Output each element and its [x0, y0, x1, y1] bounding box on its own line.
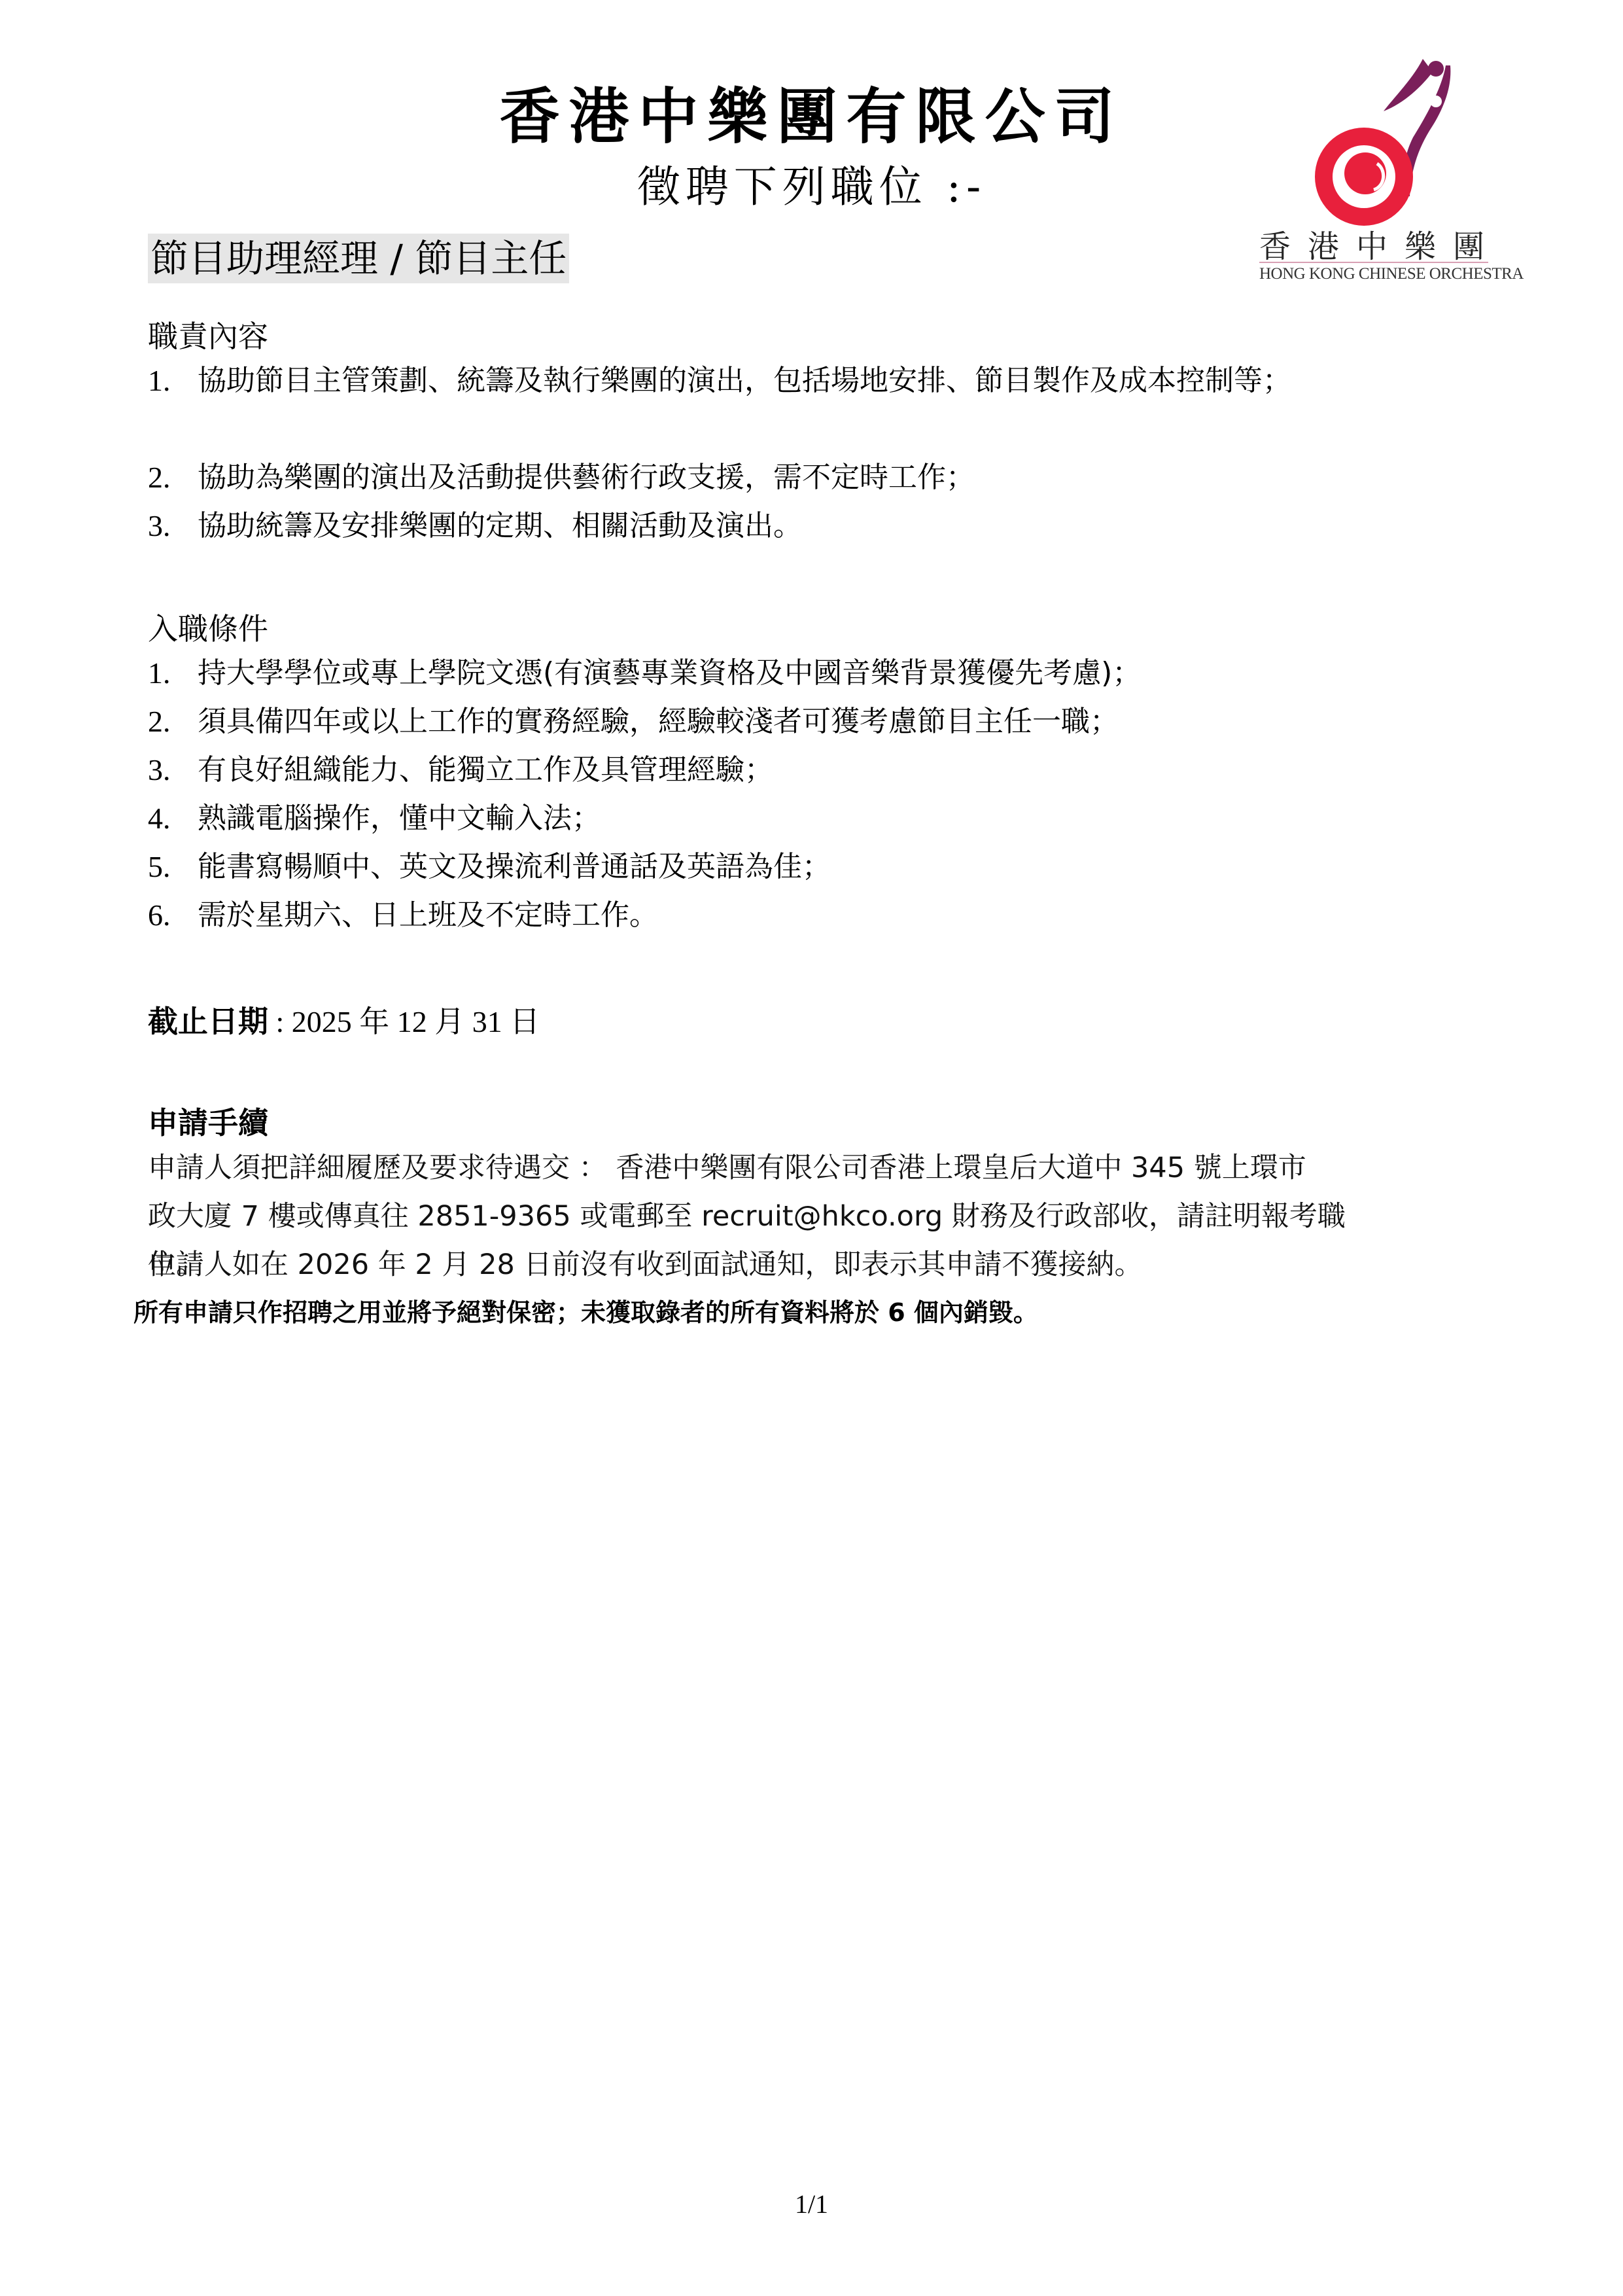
duty-text: 協助節目主管策劃、統籌及執行樂團的演出，包括場地安排、節目製作及成本控制等；	[198, 357, 1391, 405]
requirement-text: 有良好組織能力、能獨立工作及具管理經驗；	[198, 746, 1391, 794]
application-heading: 申請手續	[148, 1099, 268, 1142]
logo-chinese-name: 香港中樂團	[1259, 221, 1508, 266]
requirement-text: 能書寫暢順中、英文及操流利普通話及英語為佳；	[198, 843, 1391, 891]
requirement-item: 4. 熟識電腦操作，懂中文輸入法；	[148, 794, 1391, 843]
confidentiality-note: 所有申請只作招聘之用並將予絕對保密；未獲取錄者的所有資料將於 6 個內銷毀。	[133, 1292, 1038, 1328]
requirement-item: 6. 需於星期六、日上班及不定時工作。	[148, 891, 1391, 940]
duty-item: 1. 協助節目主管策劃、統籌及執行樂團的演出，包括場地安排、節目製作及成本控制等…	[148, 357, 1391, 405]
requirement-number: 4.	[148, 794, 171, 843]
requirement-text: 熟識電腦操作，懂中文輸入法；	[198, 794, 1391, 843]
application-text-line-1: 申請人須把詳細履歷及要求待遇交 ： 香港中樂團有限公司香港上環皇后大道中 345…	[148, 1144, 1391, 1192]
application-text-line-3: 申請人如在 2026 年 2 月 28 日前沒有收到面試通知，即表示其申請不獲接…	[148, 1241, 1391, 1289]
logo-english-name: HONG KONG CHINESE ORCHESTRA	[1259, 265, 1508, 283]
duty-text: 協助統籌及安排樂團的定期、相關活動及演出。	[198, 502, 1391, 550]
requirement-text: 需於星期六、日上班及不定時工作。	[198, 891, 1391, 940]
requirement-item: 3. 有良好組織能力、能獨立工作及具管理經驗；	[148, 746, 1391, 794]
logo-divider	[1259, 262, 1488, 263]
duty-text: 協助為樂團的演出及活動提供藝術行政支援，需不定時工作；	[198, 453, 1391, 502]
duties-heading: 職責內容	[148, 313, 268, 356]
duty-item: 2. 協助為樂團的演出及活動提供藝術行政支援，需不定時工作；	[148, 453, 1391, 502]
deadline-label: 截止日期	[148, 1004, 268, 1039]
application-deadline: 截止日期 : 2025 年 12 月 31 日	[148, 998, 540, 1041]
requirement-text: 須具備四年或以上工作的實務經驗，經驗較淺者可獲考慮節目主任一職；	[198, 698, 1391, 746]
duty-item: 3. 協助統籌及安排樂團的定期、相關活動及演出。	[148, 502, 1391, 550]
requirement-number: 2.	[148, 698, 171, 746]
deadline-value: : 2025 年 12 月 31 日	[268, 1005, 540, 1038]
requirement-item: 5. 能書寫暢順中、英文及操流利普通話及英語為佳；	[148, 843, 1391, 891]
requirement-number: 1.	[148, 649, 171, 698]
requirement-text: 持大學學位或專上學院文憑(有演藝專業資格及中國音樂背景獲優先考慮)；	[198, 649, 1391, 698]
requirement-number: 3.	[148, 746, 171, 794]
duty-number: 1.	[148, 357, 171, 405]
requirement-number: 6.	[148, 891, 171, 940]
duty-number: 3.	[148, 502, 171, 550]
requirements-heading: 入職條件	[148, 605, 268, 648]
page-number: 1/1	[0, 2189, 1623, 2219]
requirement-item: 1. 持大學學位或專上學院文憑(有演藝專業資格及中國音樂背景獲優先考慮)；	[148, 649, 1391, 698]
duty-number: 2.	[148, 453, 171, 502]
job-title: 節目助理經理 / 節目主任	[148, 234, 569, 283]
requirement-number: 5.	[148, 843, 171, 891]
requirement-item: 2. 須具備四年或以上工作的實務經驗，經驗較淺者可獲考慮節目主任一職；	[148, 698, 1391, 746]
